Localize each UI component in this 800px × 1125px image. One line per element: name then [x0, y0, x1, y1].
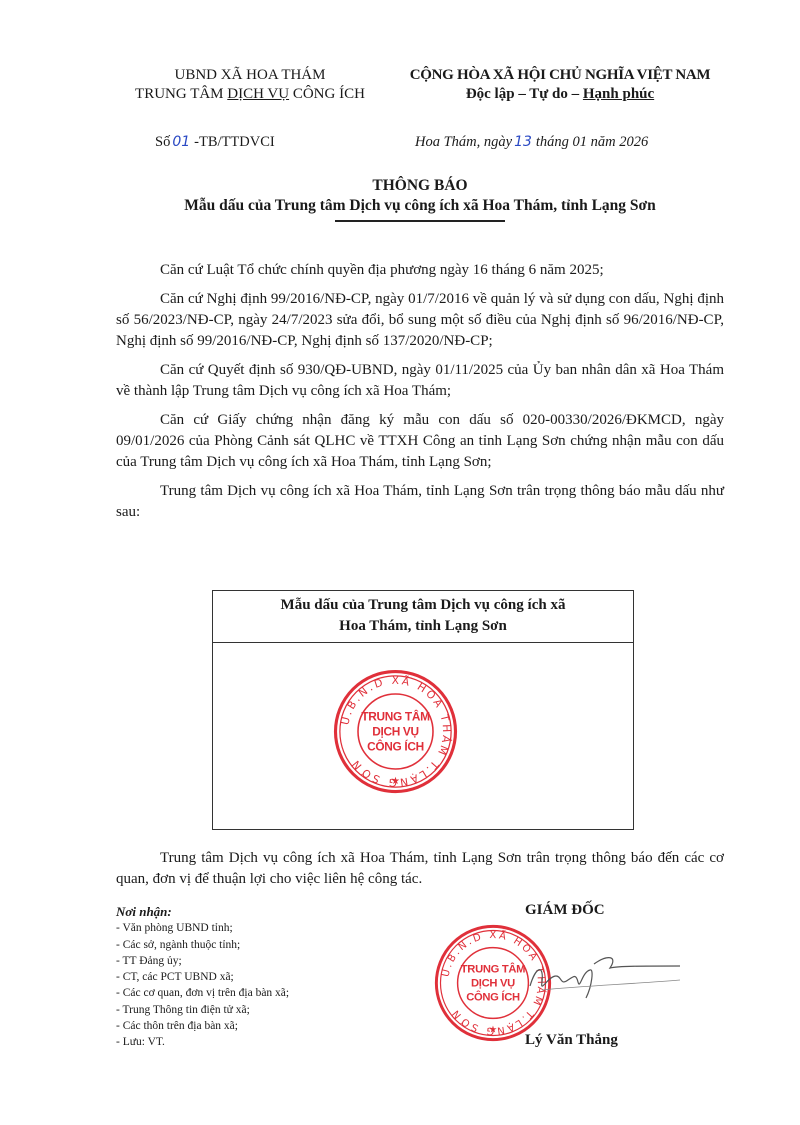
caption-line: Hoa Thám, tỉnh Lạng Sơn: [213, 616, 633, 637]
signer-role: GIÁM ĐỐC: [525, 902, 605, 919]
recipient-item: - Các thôn trên địa bàn xã;: [116, 1018, 289, 1034]
recipient-item: - Các cơ quan, đơn vị trên địa bàn xã;: [116, 985, 289, 1001]
date-suffix: tháng 01 năm 2026: [536, 134, 648, 150]
svg-text:★: ★: [489, 1025, 497, 1036]
body-paragraph: Căn cứ Giấy chứng nhận đăng ký mẫu con d…: [116, 410, 724, 473]
recipient-item: - Trung Thông tin điện tử xã;: [116, 1002, 289, 1018]
stamp-sample-box: Mẫu dấu của Trung tâm Dịch vụ công ích x…: [212, 590, 634, 830]
document-page: UBND XÃ HOA THÁM TRUNG TÂM DỊCH VỤ CÔNG …: [0, 0, 800, 1125]
stamp-box-caption: Mẫu dấu của Trung tâm Dịch vụ công ích x…: [213, 591, 633, 643]
agency-name-prefix: TRUNG TÂM: [135, 86, 227, 102]
recipient-item: - TT Đảng ủy;: [116, 953, 289, 969]
doc-number-handwritten: 01: [172, 134, 190, 150]
date-day-handwritten: 13: [514, 134, 532, 150]
signer-name: Lý Văn Thắng: [525, 1032, 618, 1049]
agency-name-suffix: CÔNG ÍCH: [289, 86, 365, 102]
national-motto: CỘNG HÒA XÃ HỘI CHỦ NGHĨA VIỆT NAM Độc l…: [385, 66, 735, 104]
document-title: THÔNG BÁO Mẫu dấu của Trung tâm Dịch vụ …: [100, 176, 740, 216]
document-date: Hoa Thám, ngày13tháng 01 năm 2026: [415, 134, 648, 151]
title-subtitle: Mẫu dấu của Trung tâm Dịch vụ công ích x…: [100, 196, 740, 216]
closing-statement: Trung tâm Dịch vụ công ích xã Hoa Thám, …: [116, 848, 724, 890]
recipients-list: Nơi nhận: - Văn phòng UBND tỉnh; - Các s…: [116, 904, 289, 1051]
body-paragraph: Căn cứ Quyết định số 930/QĐ-UBND, ngày 0…: [116, 360, 724, 402]
title-divider: [335, 220, 505, 222]
doc-number-suffix: -TB/TTDVCI: [194, 134, 275, 150]
recipient-item: - CT, các PCT UBND xã;: [116, 969, 289, 985]
motto-prefix: Độc lập – Tự do –: [466, 86, 583, 102]
svg-text:DỊCH VỤ: DỊCH VỤ: [471, 978, 515, 990]
body-paragraph: Trung tâm Dịch vụ công ích xã Hoa Thám, …: [116, 481, 724, 523]
issuing-agency: UBND XÃ HOA THÁM TRUNG TÂM DỊCH VỤ CÔNG …: [105, 66, 395, 104]
title-main: THÔNG BÁO: [100, 176, 740, 196]
motto: Độc lập – Tự do – Hạnh phúc: [385, 85, 735, 104]
closing-text: Trung tâm Dịch vụ công ích xã Hoa Thám, …: [116, 848, 724, 890]
svg-text:★: ★: [391, 776, 400, 787]
doc-number-prefix: Số: [155, 134, 170, 150]
motto-underlined: Hạnh phúc: [583, 86, 654, 102]
document-body: Căn cứ Luật Tổ chức chính quyền địa phươ…: [116, 260, 724, 531]
agency-parent: UBND XÃ HOA THÁM: [105, 66, 395, 85]
document-number: Số01-TB/TTDVCI: [155, 134, 275, 151]
official-seal-icon: U.B.N.D XÃ HOA THÁM T.LẠNG SƠNTRUNG TÂMD…: [333, 669, 458, 794]
recipient-item: - Văn phòng UBND tỉnh;: [116, 920, 289, 936]
recipient-item: - Lưu: VT.: [116, 1034, 289, 1050]
date-prefix: Hoa Thám, ngày: [415, 134, 512, 150]
svg-text:DỊCH VỤ: DỊCH VỤ: [372, 724, 419, 738]
handwritten-signature-icon: [522, 946, 682, 1006]
recipient-item: - Các sở, ngành thuộc tỉnh;: [116, 937, 289, 953]
svg-text:CÔNG ÍCH: CÔNG ÍCH: [367, 738, 424, 753]
svg-text:CÔNG ÍCH: CÔNG ÍCH: [466, 991, 520, 1004]
body-paragraph: Căn cứ Luật Tổ chức chính quyền địa phươ…: [116, 260, 724, 281]
body-paragraph: Căn cứ Nghị định 99/2016/NĐ-CP, ngày 01/…: [116, 289, 724, 352]
caption-line: Mẫu dấu của Trung tâm Dịch vụ công ích x…: [213, 595, 633, 616]
svg-text:TRUNG TÂM: TRUNG TÂM: [361, 708, 430, 723]
country-name: CỘNG HÒA XÃ HỘI CHỦ NGHĨA VIỆT NAM: [385, 66, 735, 85]
agency-name: TRUNG TÂM DỊCH VỤ CÔNG ÍCH: [105, 85, 395, 104]
svg-text:TRUNG TÂM: TRUNG TÂM: [461, 962, 525, 975]
agency-name-underlined: DỊCH VỤ: [227, 86, 289, 102]
recipients-heading: Nơi nhận:: [116, 904, 289, 920]
